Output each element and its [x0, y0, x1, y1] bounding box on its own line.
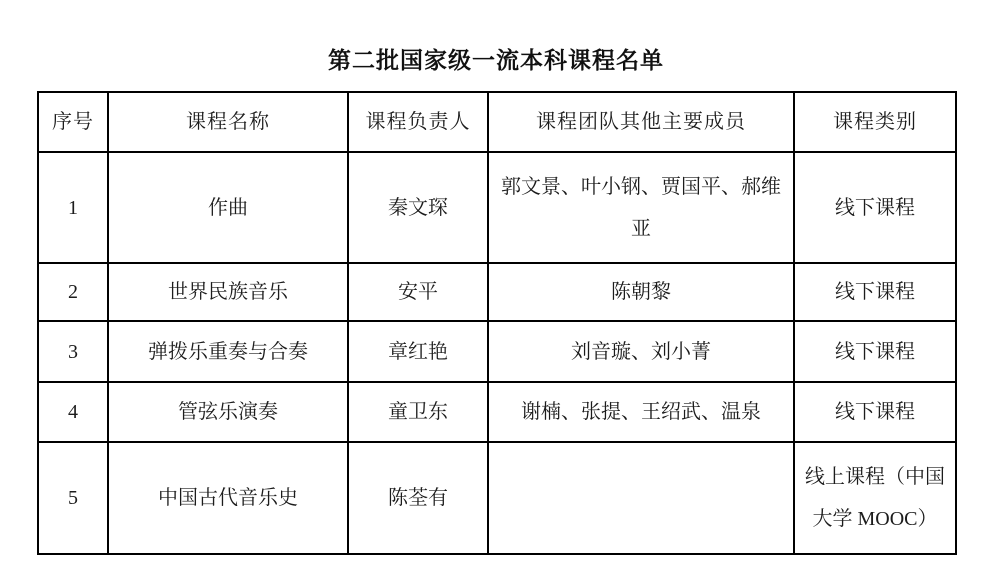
header-cell-course-name: 课程名称	[108, 92, 348, 152]
header-cell-leader: 课程负责人	[348, 92, 488, 152]
cell-category: 线上课程（中国大学 MOOC）	[794, 442, 956, 554]
cell-category: 线下课程	[794, 263, 956, 321]
table-header-row: 序号 课程名称 课程负责人 课程团队其他主要成员 课程类别	[38, 92, 956, 152]
cell-row-number: 5	[38, 442, 108, 554]
cell-course-name: 中国古代音乐史	[108, 442, 348, 554]
cell-team-members: 刘音璇、刘小菁	[488, 321, 794, 382]
cell-leader: 陈荃有	[348, 442, 488, 554]
cell-row-number: 1	[38, 152, 108, 263]
cell-leader: 安平	[348, 263, 488, 321]
cell-team-members	[488, 442, 794, 554]
cell-leader: 童卫东	[348, 382, 488, 442]
document-title: 第二批国家级一流本科课程名单	[0, 42, 992, 75]
cell-course-name: 世界民族音乐	[108, 263, 348, 321]
table-row: 4 管弦乐演奏 童卫东 谢楠、张提、王绍武、温泉 线下课程	[38, 382, 956, 442]
cell-category: 线下课程	[794, 321, 956, 382]
cell-category: 线下课程	[794, 152, 956, 263]
document-page: 第二批国家级一流本科课程名单 序号 课程名称 课程负责人 课程团队其他主要成员 …	[0, 0, 992, 588]
cell-team-members: 陈朝黎	[488, 263, 794, 321]
header-cell-team-members: 课程团队其他主要成员	[488, 92, 794, 152]
header-cell-row-number: 序号	[38, 92, 108, 152]
cell-row-number: 4	[38, 382, 108, 442]
cell-course-name: 管弦乐演奏	[108, 382, 348, 442]
header-cell-category: 课程类别	[794, 92, 956, 152]
cell-leader: 章红艳	[348, 321, 488, 382]
table-row: 1 作曲 秦文琛 郭文景、叶小钢、贾国平、郝维亚 线下课程	[38, 152, 956, 263]
cell-row-number: 2	[38, 263, 108, 321]
table-row: 5 中国古代音乐史 陈荃有 线上课程（中国大学 MOOC）	[38, 442, 956, 554]
cell-team-members: 郭文景、叶小钢、贾国平、郝维亚	[488, 152, 794, 263]
cell-course-name: 作曲	[108, 152, 348, 263]
cell-row-number: 3	[38, 321, 108, 382]
cell-category: 线下课程	[794, 382, 956, 442]
courses-table: 序号 课程名称 课程负责人 课程团队其他主要成员 课程类别 1 作曲 秦文琛 郭…	[37, 91, 957, 555]
cell-course-name: 弹拨乐重奏与合奏	[108, 321, 348, 382]
table-row: 2 世界民族音乐 安平 陈朝黎 线下课程	[38, 263, 956, 321]
cell-team-members: 谢楠、张提、王绍武、温泉	[488, 382, 794, 442]
table-row: 3 弹拨乐重奏与合奏 章红艳 刘音璇、刘小菁 线下课程	[38, 321, 956, 382]
cell-leader: 秦文琛	[348, 152, 488, 263]
